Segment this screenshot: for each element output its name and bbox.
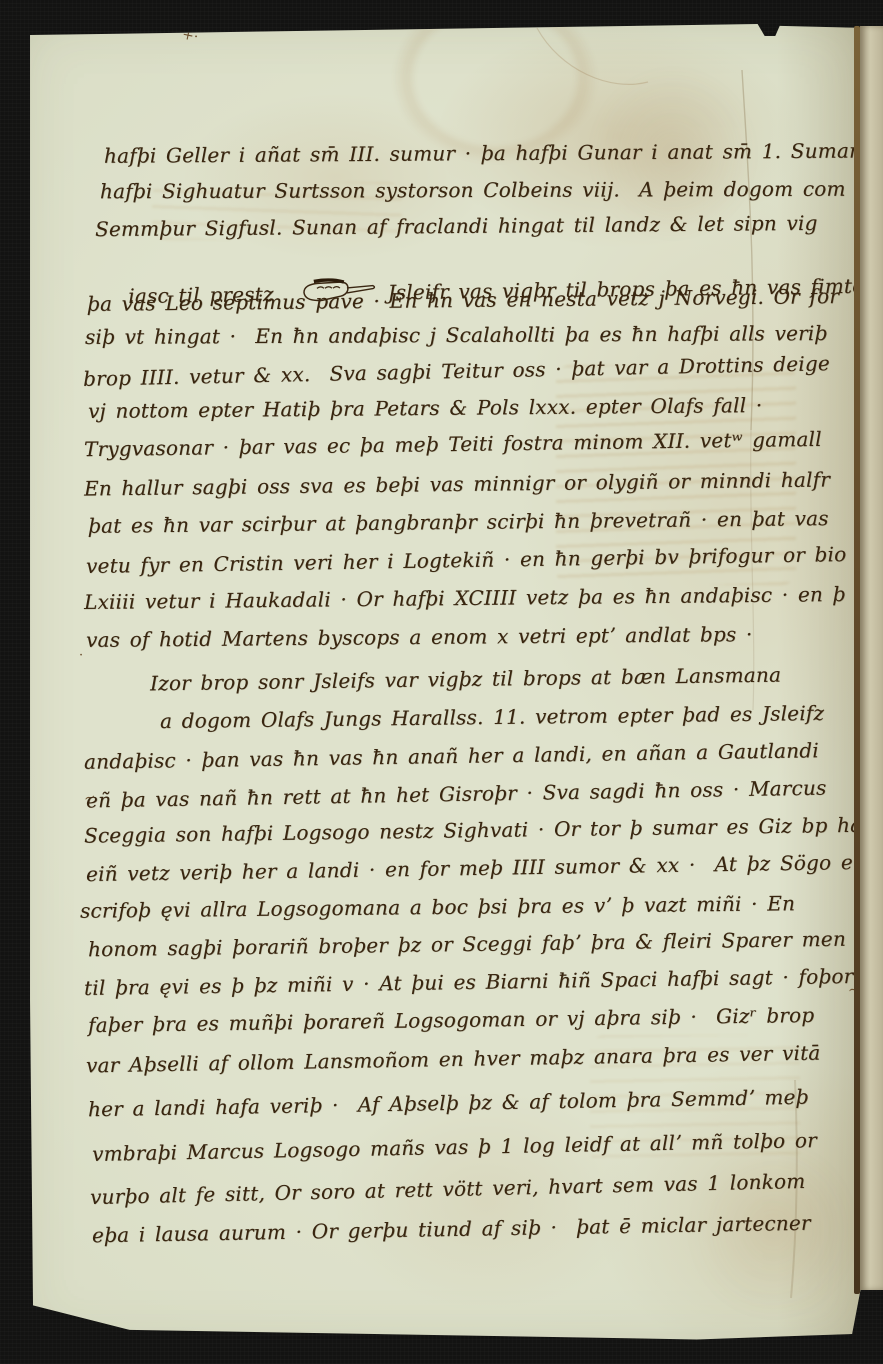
text-line: hafþi Geller i añat sm̄ III. sumur · þa … bbox=[104, 137, 883, 169]
text-line: siþ vt hingat · En ħn andaþisc j Scalaho… bbox=[85, 320, 828, 350]
adjacent-leaf-edge bbox=[860, 26, 883, 1290]
text-line: Izor brop sonr Jsleifs var vigþz til bro… bbox=[150, 662, 781, 697]
text-line: a dogom Olafs Jungs Harallss. 11. vetrom… bbox=[160, 700, 824, 734]
text-line: andaþisc · þan vas ħn vas ħn anañ her a … bbox=[84, 737, 819, 775]
text-line: hafþi Sighuatur Surtsson systorson Colbe… bbox=[100, 176, 846, 205]
text-line: eiñ vetz veriþ her a landi · en for meþ … bbox=[86, 849, 863, 887]
text-line: scrifoþ ęvi allra Logsogomana a boc þsi … bbox=[80, 890, 795, 923]
text-line: honom sagþi þorariñ broþer þz or Sceggi … bbox=[88, 926, 846, 963]
text-line: Lxiiii vetur i Haukadali · Or hafþi XCII… bbox=[84, 581, 846, 615]
text-line: faþer þra es muñþi þorareñ Logsogoman or… bbox=[88, 1002, 815, 1038]
left-margin-dot-mark: · bbox=[79, 648, 83, 663]
text-line: eñ þa vas nañ ħn rett at ħn het Gisroþr … bbox=[86, 775, 827, 814]
manuscript-page: +· · ~ ~ hafþi Geller i añat sm̄ III. su… bbox=[0, 0, 883, 1364]
text-line: vas of hotid Martens byscops a enom x ve… bbox=[86, 621, 753, 653]
text-line: Sceggia son hafþi Logsogo nestz Sighvati… bbox=[84, 811, 883, 848]
top-margin-cross-mark: +· bbox=[181, 26, 200, 45]
text-line: til þra ęvi es þ þz miñi v · At þui es B… bbox=[84, 963, 854, 1001]
